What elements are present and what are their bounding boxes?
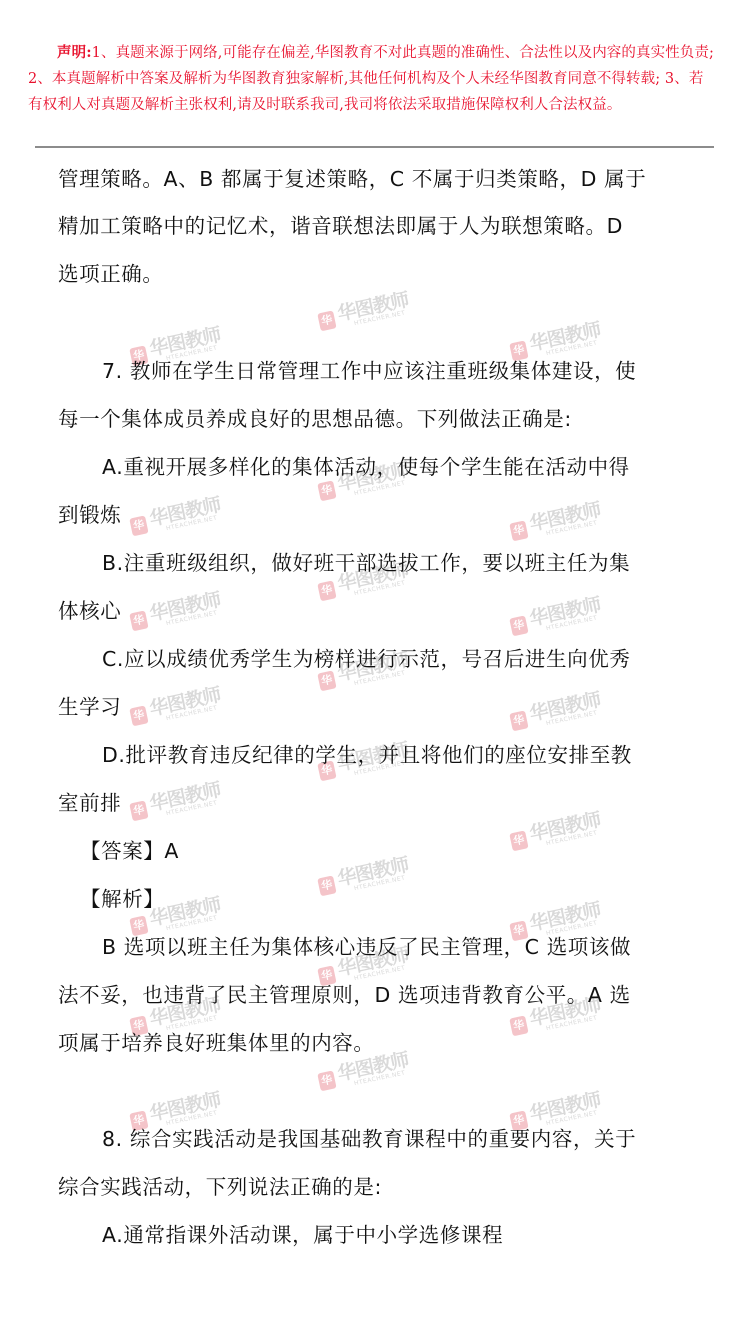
watermark-logo-icon: 华 <box>317 480 336 501</box>
watermark-text: 华图教师 <box>336 856 410 890</box>
watermark: 华华图教师HTEACHER.NET <box>128 496 223 540</box>
watermark: 华华图教师HTEACHER.NET <box>128 781 223 825</box>
question-7-option-c: C.应以成绩优秀学生为榜样进行示范，号召后进生向优秀 <box>102 644 630 674</box>
watermark: 华华图教师HTEACHER.NET <box>508 811 603 855</box>
watermark-domain: HTEACHER.NET <box>546 1014 604 1032</box>
watermark: 华华图教师HTEACHER.NET <box>128 686 223 730</box>
disclaimer-text: 1、真题来源于网络,可能存在偏差,华图教育不对此真题的准确性、合法性以及内容的真… <box>28 45 714 113</box>
watermark-domain: HTEACHER.NET <box>546 709 604 727</box>
watermark-domain: HTEACHER.NET <box>546 339 604 357</box>
question-7-stem: 7. 教师在学生日常管理工作中应该注重班级集体建设，使 <box>102 356 636 386</box>
watermark-logo-icon: 华 <box>509 615 528 636</box>
watermark-domain: HTEACHER.NET <box>354 874 412 892</box>
watermark-text: 华图教师 <box>148 496 222 530</box>
analysis-line: 项属于培养良好班集体里的内容。 <box>58 1028 375 1058</box>
watermark-domain: HTEACHER.NET <box>354 1069 412 1087</box>
question-8-option-a: A.通常指课外活动课，属于中小学选修课程 <box>102 1220 503 1250</box>
watermark-text: 华图教师 <box>148 781 222 815</box>
watermark-logo-icon: 华 <box>317 580 336 601</box>
watermark-logo-icon: 华 <box>129 610 148 631</box>
question-7-option-b: B.注重班级组织，做好班干部选拔工作，要以班主任为集 <box>102 548 630 578</box>
watermark-logo-icon: 华 <box>509 520 528 541</box>
question-7-stem: 每一个集体成员养成良好的思想品德。下列做法正确是: <box>58 404 572 434</box>
answer-label: 【答案】A <box>80 836 179 866</box>
analysis-line: B 选项以班主任为集体核心违反了民主管理，C 选项该做 <box>102 932 631 962</box>
analysis-line: 选项正确。 <box>58 259 164 289</box>
watermark-logo-icon: 华 <box>129 800 148 821</box>
watermark: 华华图教师HTEACHER.NET <box>128 591 223 635</box>
watermark-logo-icon: 华 <box>509 830 528 851</box>
watermark-domain: HTEACHER.NET <box>166 914 224 932</box>
watermark-logo-icon: 华 <box>317 310 336 331</box>
watermark-text: 华图教师 <box>528 811 602 845</box>
analysis-line: 精加工策略中的记忆术，谐音联想法即属于人为联想策略。D <box>58 211 623 241</box>
watermark-domain: HTEACHER.NET <box>166 609 224 627</box>
question-8-stem: 8. 综合实践活动是我国基础教育课程中的重要内容，关于 <box>102 1124 636 1154</box>
watermark-logo-icon: 华 <box>317 875 336 896</box>
watermark-logo-icon: 华 <box>509 710 528 731</box>
watermark-domain: HTEACHER.NET <box>546 519 604 537</box>
watermark-text: 华图教师 <box>528 321 602 355</box>
watermark: 华华图教师HTEACHER.NET <box>508 501 603 545</box>
question-8-stem: 综合实践活动，下列说法正确的是: <box>58 1172 382 1202</box>
watermark-text: 华图教师 <box>148 591 222 625</box>
question-7-option-d: D.批评教育违反纪律的学生，并且将他们的座位安排至教 <box>102 740 632 770</box>
watermark-domain: HTEACHER.NET <box>546 829 604 847</box>
watermark-domain: HTEACHER.NET <box>166 514 224 532</box>
question-7-option-a: 到锻炼 <box>58 500 121 530</box>
watermark-domain: HTEACHER.NET <box>354 309 412 327</box>
watermark-domain: HTEACHER.NET <box>354 579 412 597</box>
watermark-text: 华图教师 <box>528 901 602 935</box>
analysis-line: 管理策略。A、B 都属于复述策略，C 不属于归类策略，D 属于 <box>58 164 646 194</box>
disclaimer-label: 声明: <box>57 44 92 61</box>
watermark: 华华图教师HTEACHER.NET <box>316 291 411 335</box>
watermark-domain: HTEACHER.NET <box>166 704 224 722</box>
watermark-domain: HTEACHER.NET <box>166 799 224 817</box>
watermark-text: 华图教师 <box>148 686 222 720</box>
watermark-text: 华图教师 <box>148 326 222 360</box>
question-7-option-c: 生学习 <box>58 692 121 722</box>
watermark-domain: HTEACHER.NET <box>546 614 604 632</box>
watermark-logo-icon: 华 <box>509 1015 528 1036</box>
watermark-logo-icon: 华 <box>129 515 148 536</box>
watermark-text: 华图教师 <box>528 1091 602 1125</box>
watermark-text: 华图教师 <box>528 691 602 725</box>
watermark-logo-icon: 华 <box>317 1070 336 1091</box>
watermark-text: 华图教师 <box>148 1091 222 1125</box>
watermark-text: 华图教师 <box>336 291 410 325</box>
disclaimer: 声明:1、真题来源于网络,可能存在偏差,华图教育不对此真题的准确性、合法性以及内… <box>28 40 718 118</box>
watermark: 华华图教师HTEACHER.NET <box>508 596 603 640</box>
question-7-option-b: 体核心 <box>58 596 121 626</box>
watermark-text: 华图教师 <box>528 501 602 535</box>
header-divider <box>35 146 714 148</box>
watermark: 华华图教师HTEACHER.NET <box>316 856 411 900</box>
analysis-line: 法不妥，也违背了民主管理原则，D 选项违背教育公平。A 选 <box>58 980 631 1010</box>
question-7-option-d: 室前排 <box>58 788 121 818</box>
watermark: 华华图教师HTEACHER.NET <box>508 691 603 735</box>
question-7-option-a: A.重视开展多样化的集体活动，使每个学生能在活动中得 <box>102 452 630 482</box>
analysis-label: 【解析】 <box>80 884 164 914</box>
watermark-text: 华图教师 <box>528 596 602 630</box>
watermark-logo-icon: 华 <box>129 705 148 726</box>
